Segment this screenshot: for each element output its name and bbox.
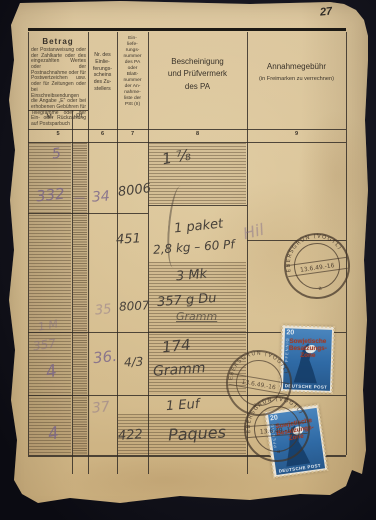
table-line xyxy=(28,129,346,130)
column-number-9: 9 xyxy=(247,131,346,137)
column-number-8: 8 xyxy=(148,131,247,137)
handwritten-vermerk: Gramm xyxy=(176,310,217,323)
sbz-overprint: Sowjetische Besatzungs- Zone xyxy=(284,338,331,359)
paper-stain xyxy=(60,452,270,507)
postage-stamp: 20 PFENNIG Sowjetische Besatzungs- Zone … xyxy=(280,325,334,393)
stamp-design: 20 PFENNIG Sowjetische Besatzungs- Zone … xyxy=(282,328,331,391)
unit-label-mark: M. xyxy=(28,113,72,120)
column-header-annahmegebuehr-note: (in Freimarken zu verrechnen) xyxy=(247,76,346,82)
handwritten-vermerk: 2,8 kg – 60 Pf xyxy=(153,237,235,257)
column-number-7: 7 xyxy=(117,131,148,137)
table-line xyxy=(72,110,73,474)
column-header-einlieferungsnummer: Ein- liefe- rungs- nummer des PA oder Bl… xyxy=(117,36,148,108)
table-line xyxy=(247,32,248,474)
handwritten-einlieferungsnummer: 8007 xyxy=(119,298,150,314)
handwritten-vermerk: 3 Mk xyxy=(175,267,207,285)
table-line xyxy=(247,240,346,241)
handwritten-amount-pfennig: — xyxy=(74,191,85,204)
handwritten-schein-nr: 35 xyxy=(94,302,112,318)
column-header-annahmegebuehr: Annahmegebühr xyxy=(247,62,346,71)
photo-background: 27 Betrag der Postanweisung oder der Zah… xyxy=(0,0,376,520)
hatched-cell-betrag-pfennig xyxy=(73,143,87,455)
handwritten-einlieferungsnummer: 8006 xyxy=(117,181,152,200)
handwritten-einlieferungsnummer: 4/3 xyxy=(124,355,144,370)
postmark-code-letter: a xyxy=(253,402,257,408)
postmark-town: EBERSGRÜN (VOGTL) xyxy=(282,230,345,273)
table-line xyxy=(148,32,149,474)
table-line xyxy=(148,205,247,206)
unit-label-pfennig: Pf. xyxy=(72,113,88,120)
svg-text:EBERSGRÜN (VOGTL): EBERSGRÜN (VOGTL) xyxy=(282,230,345,273)
handwritten-einlieferungsnummer: 422 xyxy=(118,427,144,444)
table-line xyxy=(346,32,347,455)
stamp-denomination: 20 xyxy=(270,414,279,422)
stamp-country-label: DEUTSCHE POST xyxy=(282,383,329,390)
top-rule xyxy=(28,28,346,31)
handwritten-schein-nr: 36. xyxy=(92,347,118,367)
handwritten-vermerk: Paques xyxy=(168,422,227,444)
document-page: 27 Betrag der Postanweisung oder der Zah… xyxy=(0,0,376,520)
table-line xyxy=(28,32,29,455)
handwritten-schein-nr: 34 xyxy=(91,188,110,205)
column-number-6: 6 xyxy=(88,131,117,137)
table-line xyxy=(28,395,346,396)
table-line xyxy=(28,213,148,214)
stamp-denomination: 20 xyxy=(286,329,294,336)
handwritten-vermerk: 174 xyxy=(161,336,191,357)
column-header-zustellerschein: Nr. des Einlie- ferungs- scheins des Zu-… xyxy=(88,52,117,93)
handwritten-schein-nr: 451 xyxy=(116,231,142,247)
postmark-date: 13.6.49.-16 xyxy=(300,262,335,274)
stamp-design: 20 PFENNIG Sowjetische Besatzungs- Zone … xyxy=(267,407,324,474)
handwritten-vermerk: 1 Euf xyxy=(166,397,200,414)
column-number-5: 5 xyxy=(28,131,88,137)
handwritten-amount: 5 xyxy=(51,145,62,162)
table-line xyxy=(88,32,89,474)
handwritten-amount: 332 xyxy=(35,185,65,206)
handwritten-schein-nr: 37 xyxy=(91,399,110,417)
page-number: 27 xyxy=(319,5,332,18)
postage-stamp: 20 PFENNIG Sowjetische Besatzungs- Zone … xyxy=(265,405,328,478)
column-header-bescheinigung: Bescheinigung und Prüfvermerk des PA xyxy=(148,56,247,93)
table-line xyxy=(28,142,346,143)
postmark-code-letter: a xyxy=(318,286,322,292)
column-header-betrag: Betrag xyxy=(30,37,86,46)
